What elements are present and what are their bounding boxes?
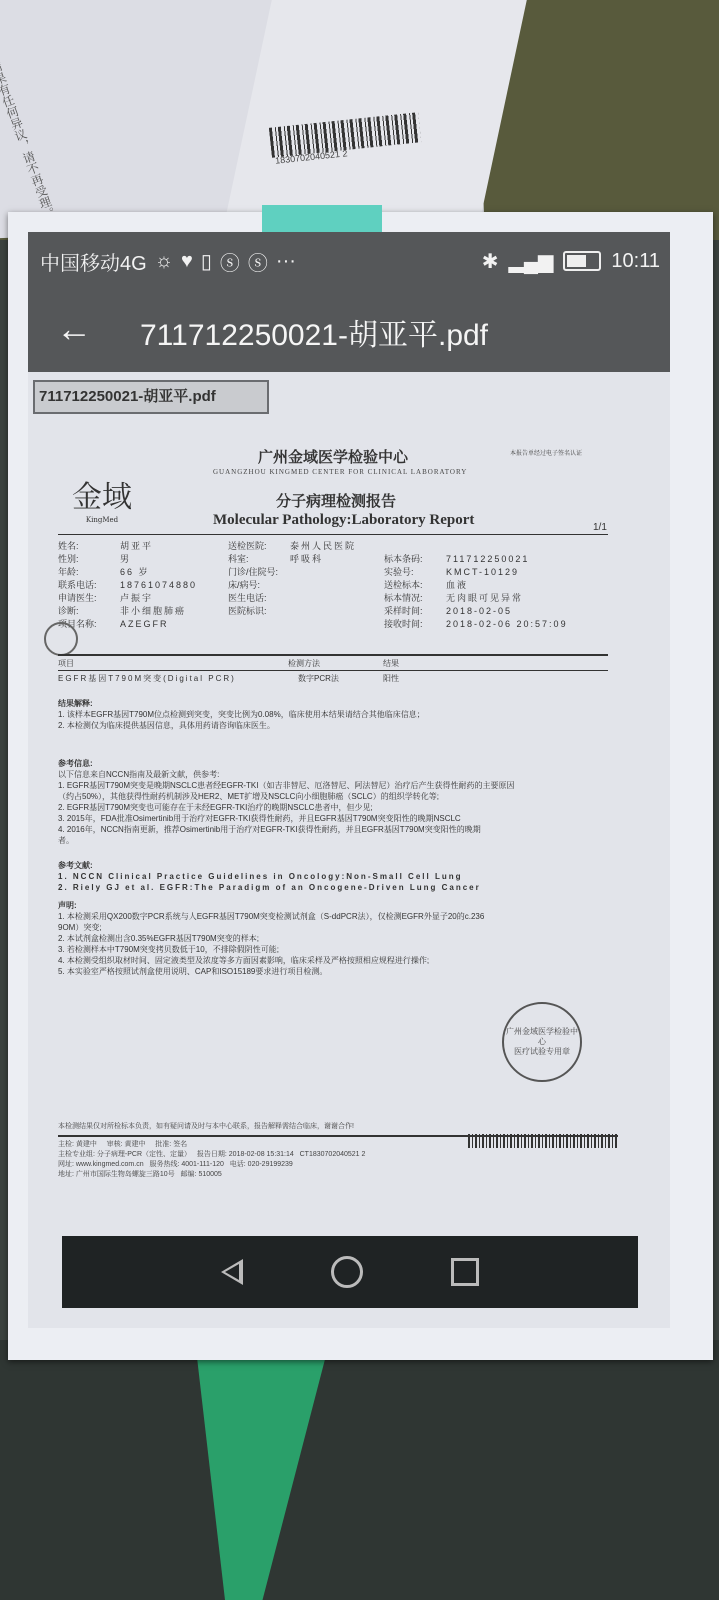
tape	[262, 205, 382, 233]
results-table-row: EGFR基因T790M突变(Digital PCR)数字PCR法阳性	[58, 673, 399, 684]
background-paper-folded	[226, 0, 529, 215]
cartoon-stamp	[44, 622, 78, 656]
patient-info-middle: 送检医院:泰州人民医院科室:呼吸科门诊/住院号:床/病号:医生电话:医院标识:	[228, 540, 356, 618]
background-green-surface	[180, 1340, 330, 1600]
info-row: 接收时间:2018-02-06 20:57:09	[384, 618, 568, 631]
divider	[58, 534, 608, 535]
statement-section: 声明: 1. 本检测采用QX200数字PCR系统与人EGFR基因T790M突变检…	[58, 900, 484, 977]
navigation-bar	[62, 1236, 638, 1308]
nav-home-icon[interactable]	[331, 1256, 363, 1288]
patient-info-right: 标本条码:711712250021实验号:KMCT-10129送检标本:血液标本…	[384, 553, 568, 631]
text-line: 1. 本检测采用QX200数字PCR系统与人EGFR基因T790M突变检测试剂盒…	[58, 911, 484, 922]
info-row: 申请医生:卢振宇	[58, 592, 197, 605]
clock: 10:11	[611, 250, 660, 273]
sim-icon: ▯	[201, 249, 212, 274]
report-title-cn: 分子病理检测报告	[276, 490, 396, 511]
info-row: 床/病号:	[228, 579, 356, 592]
app-icon: ⓢ	[248, 247, 268, 276]
text-line: 3. 若检测样本中T790M突变拷贝数低于10，不排除假阴性可能;	[58, 944, 484, 955]
app-icon: ⓢ	[220, 247, 240, 276]
info-row: 送检医院:泰州人民医院	[228, 540, 356, 553]
info-row: 医院标识:	[228, 605, 356, 618]
text-line: 1. 该样本EGFR基因T790M位点检测到突变，突变比例为0.08%，临床使用…	[58, 709, 425, 720]
info-row: 门诊/住院号:	[228, 566, 356, 579]
text-line: 2. 本试剂盒检测出含0.35%EGFR基因T790M突变的样本;	[58, 933, 484, 944]
text-line: 2. 本检测仅为临床提供基因信息，具体用药请咨询临床医生。	[58, 720, 425, 731]
more-icon: ···	[276, 250, 296, 273]
text-line: 9OM）突变;	[58, 922, 484, 933]
status-bar: 中国移动4G ☼ ♥ ▯ ⓢ ⓢ ··· ✱ ▂▄▆ 10:11	[28, 232, 670, 290]
text-line: （约占50%），其他获得性耐药机制涉及HER2、MET扩增及NSCLC向小细胞肺…	[58, 791, 514, 802]
battery-icon	[563, 251, 601, 271]
text-line: 者。	[58, 835, 514, 846]
app-bar: ← 711712250021-胡亚平.pdf	[28, 290, 670, 372]
info-row: 姓名:胡亚平	[58, 540, 197, 553]
back-arrow-icon[interactable]: ←	[56, 308, 92, 350]
sun-icon: ☼	[155, 250, 173, 273]
filename-tooltip: 711712250021-胡亚平.pdf	[33, 380, 269, 414]
interpretation-section: 结果解释: 1. 该样本EGFR基因T790M位点检测到突变，突变比例为0.08…	[58, 698, 425, 731]
report-footer: 本检测结果仅对所检标本负责，如有疑问请及时与本中心联系，报告解释需结合临床，谢谢…	[58, 1122, 618, 1180]
page-number: 1/1	[593, 522, 607, 533]
text-line: 1. NCCN Clinical Practice Guidelines in …	[58, 871, 481, 882]
text-line: 2. EGFR基因T790M突变也可能存在于未经EGFR-TKI治疗的晚期NSC…	[58, 802, 514, 813]
info-row: 联系电话:18761074880	[58, 579, 197, 592]
info-row: 标本条码:711712250021	[384, 553, 568, 566]
heart-icon: ♥	[181, 250, 193, 273]
info-row: 年龄:66 岁	[58, 566, 197, 579]
file-title: 711712250021-胡亚平.pdf	[140, 310, 488, 354]
report-title-en: Molecular Pathology:Laboratory Report	[213, 512, 474, 529]
info-row: 采样时间:2018-02-05	[384, 605, 568, 618]
kingmed-logo: 金域KingMed	[72, 472, 132, 524]
reference-info-section: 参考信息: 以下信息来自NCCN指南及最新文献，供参考: 1. EGFR基因T7…	[58, 758, 514, 846]
patient-info-left: 姓名:胡亚平性别:男年龄:66 岁联系电话:18761074880申请医生:卢振…	[58, 540, 197, 631]
info-row: 科室:呼吸科	[228, 553, 356, 566]
carrier-label: 中国移动4G	[40, 247, 147, 276]
info-row: 项目名称:AZEGFR	[58, 618, 197, 631]
text-line: 1. EGFR基因T790M突变是晚期NSCLC患者经EGFR-TKI（如吉非替…	[58, 780, 514, 791]
org-name-en: GUANGZHOU KINGMED CENTER FOR CLINICAL LA…	[213, 468, 467, 476]
text-line: 5. 本实验室严格按照试剂盒使用说明、CAP和ISO15189要求进行项目检测。	[58, 966, 484, 977]
info-row: 医生电话:	[228, 592, 356, 605]
info-row: 标本情况:无肉眼可见异常	[384, 592, 568, 605]
info-row: 性别:男	[58, 553, 197, 566]
signal-icon: ▂▄▆	[508, 249, 553, 274]
text-line: 4. 本检测受组织取材时间、固定液类型及浓度等多方面因素影响，临床采样及严格按照…	[58, 955, 484, 966]
text-line: 2. Riely GJ et al. EGFR:The Paradigm of …	[58, 882, 481, 893]
background-papers: 不对报告结果有任何异议，请不再受理。 1830702040521 2	[0, 0, 719, 240]
results-table-header: 项目检测方法结果	[58, 658, 608, 669]
literature-section: 参考文献: 1. NCCN Clinical Practice Guidelin…	[58, 860, 481, 893]
info-row: 实验号:KMCT-10129	[384, 566, 568, 579]
official-seal: 广州金域医学检验中心 医疗试验专用章	[502, 1002, 582, 1082]
info-row: 诊断:非小细胞肺癌	[58, 605, 197, 618]
pdf-document: 金域KingMed 广州金域医学检验中心 GUANGZHOU KINGMED C…	[28, 422, 670, 1242]
report-barcode	[468, 1134, 618, 1148]
text-line: 4. 2016年，NCCN指南更新，推荐Osimertinib用于治疗对EGFR…	[58, 824, 514, 835]
nav-recents-icon[interactable]	[451, 1258, 479, 1286]
nav-back-icon[interactable]	[221, 1259, 243, 1285]
divider	[58, 654, 608, 656]
divider	[58, 670, 608, 671]
e-signature-note: 本报告单经过电子签名认证	[510, 448, 582, 457]
info-row: 送检标本:血液	[384, 579, 568, 592]
background-floor	[0, 1340, 719, 1600]
org-name-cn: 广州金域医学检验中心	[258, 446, 408, 467]
phone-screen-printout: 中国移动4G ☼ ♥ ▯ ⓢ ⓢ ··· ✱ ▂▄▆ 10:11 ← 71171…	[28, 232, 670, 1328]
text-line: 3. 2015年，FDA批准Osimertinib用于治疗对EGFR-TKI获得…	[58, 813, 514, 824]
bluetooth-icon: ✱	[482, 249, 499, 274]
